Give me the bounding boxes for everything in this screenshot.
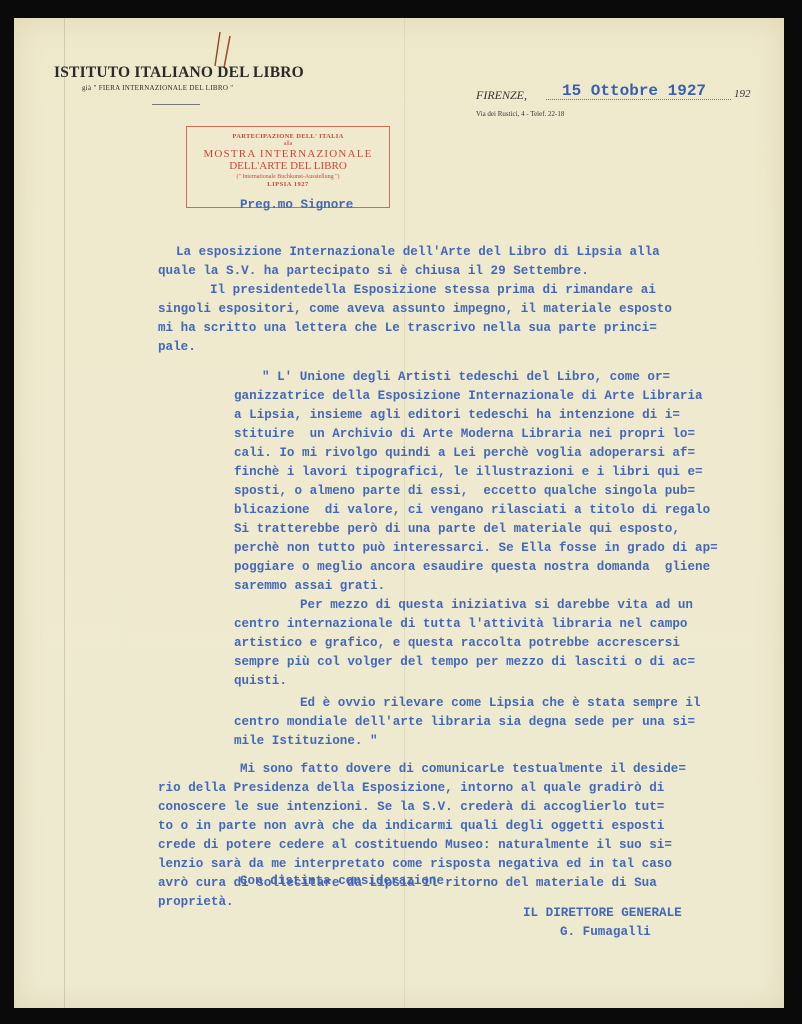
divider: [152, 104, 200, 105]
text-line: pale.: [158, 338, 196, 358]
letterhead: ISTITUTO ITALIANO DEL LIBRO già " FIERA …: [54, 64, 304, 105]
signature-name: G. Fumagalli: [560, 925, 651, 939]
quote-line: poggiare o meglio ancora esaudire questa…: [234, 558, 710, 578]
text-line: quale la S.V. ha partecipato si è chiusa…: [158, 262, 589, 282]
stamp-line: PARTECIPAZIONE DELL' ITALIA: [187, 133, 389, 140]
quote-line: centro mondiale dell'arte libraria sia d…: [234, 713, 695, 733]
text-line: proprietà.: [158, 893, 234, 913]
quote-line: ganizzatrice della Esposizione Internazi…: [234, 387, 703, 407]
stamp-line: (" Internationale Buchkunst-Ausstellung …: [187, 174, 389, 180]
quote-line: artistico e grafico, e questa raccolta p…: [234, 634, 680, 654]
text-line: mi ha scritto una lettera che Le trascri…: [158, 319, 657, 339]
text-line: crede di potere cedere al costituendo Mu…: [158, 836, 672, 856]
text-line: singoli espositori, come aveva assunto i…: [158, 300, 672, 320]
closing: Con distinta considerazione: [240, 872, 444, 892]
letter-body: Preg.mo Signore La esposizione Internazi…: [0, 0, 15, 780]
city: FIRENZE,: [476, 88, 527, 102]
quote-line: finchè i lavori tipografici, le illustra…: [234, 463, 703, 483]
quote-line: quisti.: [234, 672, 287, 692]
quote-line: Ed è ovvio rilevare come Lipsia che è st…: [300, 694, 701, 714]
year-prefix: 192: [734, 88, 751, 100]
quote-line: mile Istituzione. ": [234, 732, 378, 752]
quote-line: saremmo assai grati.: [234, 577, 385, 597]
quote-line: " L' Unione degli Artisti tedeschi del L…: [262, 368, 670, 388]
quote-line: stituire un Archivio di Arte Moderna Lib…: [234, 425, 695, 445]
text-line: Il presidentedella Esposizione stessa pr…: [210, 281, 656, 301]
dateline: FIRENZE, 15 Ottobre 1927 192 Via dei Rus…: [476, 86, 776, 118]
quote-line: cali. Io mi rivolgo quindi a Lei perchè …: [234, 444, 695, 464]
stamp-line: MOSTRA INTERNAZIONALE: [187, 148, 389, 160]
typed-date: 15 Ottobre 1927: [562, 82, 706, 100]
quote-line: Si tratterebbe però di una parte del mat…: [234, 520, 680, 540]
stamp-line: alla: [187, 141, 389, 147]
quote-line: sposti, o almeno parte di essi, eccetto …: [234, 482, 695, 502]
quote-line: Per mezzo di questa iniziativa si darebb…: [300, 596, 693, 616]
institution-subtitle: già " FIERA INTERNAZIONALE DEL LIBRO ": [82, 84, 304, 92]
stamp-line: LIPSIA 1927: [187, 181, 389, 188]
paper-fold: [64, 18, 65, 1008]
quote-line: perchè non tutto può interessarci. Se El…: [234, 539, 718, 559]
text-line: to o in parte non avrà che da indicarmi …: [158, 817, 664, 837]
text-line: rio della Presidenza della Esposizione, …: [158, 779, 664, 799]
quote-line: blicazione di valore, ci vengano rilasci…: [234, 501, 710, 521]
quote-line: sempre più col volger del tempo per mezz…: [234, 653, 695, 673]
signature-title: IL DIRETTORE GENERALE: [523, 906, 682, 920]
address: Via dei Rustici, 4 - Telef. 22-18: [476, 110, 776, 118]
institution-name: ISTITUTO ITALIANO DEL LIBRO: [54, 64, 304, 82]
text-line: conoscere le sue intenzioni. Se la S.V. …: [158, 798, 664, 818]
quote-line: centro internazionale di tutta l'attivit…: [234, 615, 687, 635]
greeting: Preg.mo Signore: [240, 196, 353, 216]
text-line: La esposizione Internazionale dell'Arte …: [176, 243, 660, 263]
quote-line: a Lipsia, insieme agli editori tedeschi …: [234, 406, 680, 426]
text-line: Mi sono fatto dovere di comunicarLe test…: [240, 760, 686, 780]
stamp-line: DELL'ARTE DEL LIBRO: [187, 160, 389, 172]
